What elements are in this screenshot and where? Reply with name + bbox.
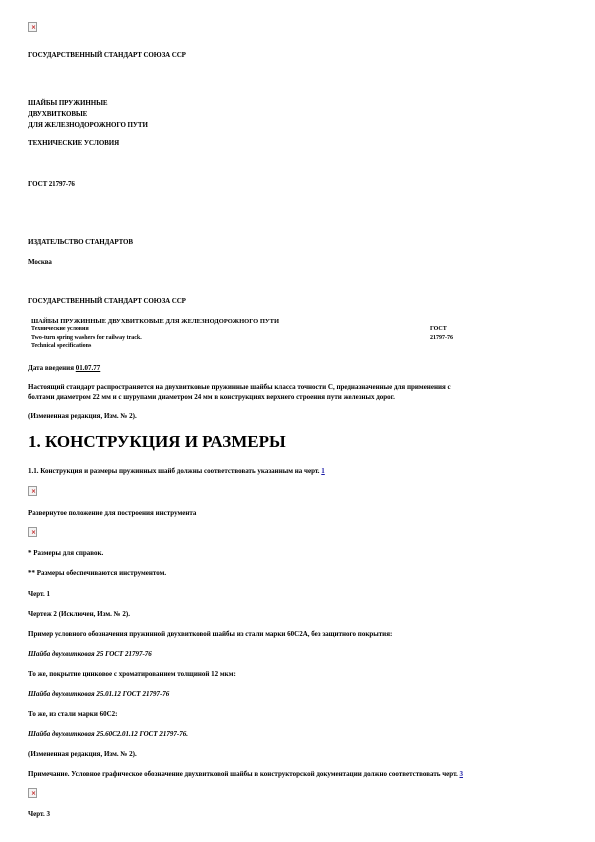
cover-org-title: ГОСУДАРСТВЕННЫЙ СТАНДАРТ СОЮЗА ССР: [28, 51, 186, 60]
header-gost-number: 21797-76: [430, 335, 453, 342]
logo-broken-image-icon: ×: [28, 22, 37, 32]
header-title-ru: ШАЙБЫ ПРУЖИННЫЕ ДВУХВИТКОВЫЕ ДЛЯ ЖЕЛЕЗНО…: [31, 318, 279, 325]
footnote-2: ** Размеры обеспечиваются инструментом.: [28, 569, 166, 578]
date-label: Дата введения: [28, 364, 74, 372]
fig1-caption: Черт. 1: [28, 590, 50, 599]
scope-line2: болтами диаметром 22 мм и с шурупами диа…: [28, 393, 395, 402]
header-subtitle-en: Technical specifications: [31, 343, 91, 350]
example-3: Шайба двухвитковая 25.60С2.01.12 ГОСТ 21…: [28, 730, 188, 739]
fig1-link[interactable]: 1: [321, 467, 325, 475]
cover-publisher: ИЗДАТЕЛЬСТВО СТАНДАРТОВ: [28, 238, 133, 247]
unfolded-caption: Развернутое положение для построения инс…: [28, 509, 196, 518]
example-3-intro: То же, из стали марки 60С2:: [28, 710, 118, 719]
fig3-link[interactable]: 3: [460, 770, 464, 778]
fig2-note: Чертеж 2 (Исключен, Изм. № 2).: [28, 610, 130, 619]
scope-line1: Настоящий стандарт распространяется на д…: [28, 383, 451, 392]
cover-title-line3: ДЛЯ ЖЕЛЕЗНОДОРОЖНОГО ПУТИ: [28, 121, 148, 130]
cover-title-line2: ДВУХВИТКОВЫЕ: [28, 110, 87, 119]
example-intro: Пример условного обозначения пружинной д…: [28, 630, 392, 639]
example-2-intro: То же, покрытие цинковое с хроматировани…: [28, 670, 236, 679]
para-1-1-text: 1.1. Конструкция и размеры пружинных шай…: [28, 467, 320, 475]
date-value: 01.07.77: [76, 364, 101, 372]
footnote-1: * Размеры для справок.: [28, 549, 103, 558]
note: Примечание. Условное графическое обознач…: [28, 770, 463, 779]
header-org-title: ГОСУДАРСТВЕННЫЙ СТАНДАРТ СОЮЗА ССР: [28, 297, 186, 306]
para-1-1: 1.1. Конструкция и размеры пружинных шай…: [28, 467, 325, 476]
cover-subtitle: ТЕХНИЧЕСКИЕ УСЛОВИЯ: [28, 139, 119, 148]
cover-gost-code: ГОСТ 21797-76: [28, 180, 75, 189]
cover-title-line1: ШАЙБЫ ПРУЖИННЫЕ: [28, 99, 107, 108]
section-heading: 1. КОНСТРУКЦИЯ И РАЗМЕРЫ: [28, 432, 286, 452]
cover-city: Москва: [28, 258, 52, 267]
section-revision-note: (Измененная редакция, Изм. № 2).: [28, 750, 137, 759]
fig1b-broken-image-icon: ×: [28, 527, 37, 537]
note-text: Примечание. Условное графическое обознач…: [28, 770, 458, 778]
example-1: Шайба двухвитковая 25 ГОСТ 21797-76: [28, 650, 152, 659]
example-2: Шайба двухвитковая 25.01.12 ГОСТ 21797-7…: [28, 690, 169, 699]
fig3-caption: Черт. 3: [28, 810, 50, 819]
intro-revision-note: (Измененная редакция, Изм. № 2).: [28, 412, 137, 421]
header-gost-label: ГОСТ: [430, 326, 447, 333]
effective-date: Дата введения 01.07.77: [28, 364, 100, 373]
fig1-broken-image-icon: ×: [28, 486, 37, 496]
header-title-en: Two-turn spring washers for railway trac…: [31, 335, 142, 342]
fig3-broken-image-icon: ×: [28, 788, 37, 798]
header-subtitle-ru: Технические условия: [31, 326, 89, 333]
